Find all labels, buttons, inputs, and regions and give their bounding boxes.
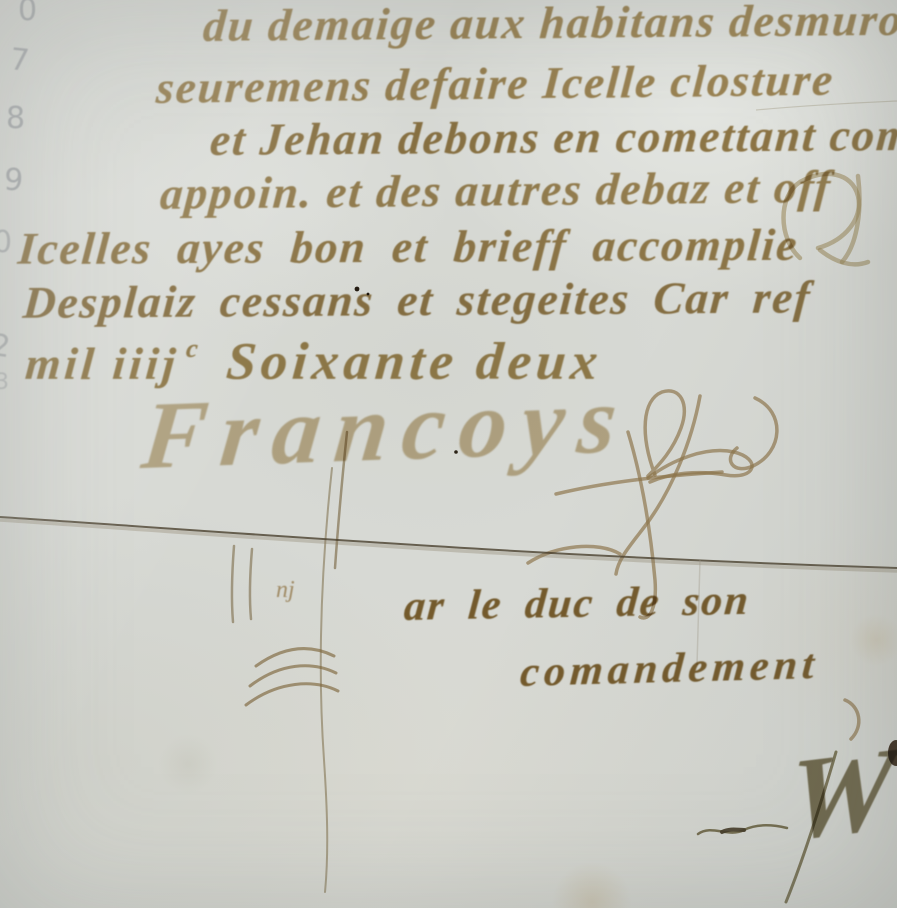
manuscript-photo: 0 7 8 9 0 2 3 du demaige aux habitans de… — [0, 0, 897, 908]
bottom-signature-fragment: W — [786, 729, 897, 859]
text-line-4: appoin. et des autres debaz et off — [159, 165, 834, 217]
royal-signature-francoys: Francoys — [138, 371, 636, 484]
countersignature-line-2: comandement — [519, 644, 821, 694]
margin-pencil-number: 2 — [0, 331, 12, 363]
text-line-5: Icelles ayes bon et brieff accomplie — [16, 223, 800, 272]
date-superscript-c: c — [185, 336, 203, 362]
margin-pencil-number: 0 — [0, 228, 12, 258]
feather-flourish — [246, 649, 338, 705]
margin-pencil-number: 0 — [18, 0, 37, 26]
countersignature-line-1: ar le duc de son — [402, 580, 751, 628]
text-line-1: du demaige aux habitans desmuron — [201, 0, 897, 49]
signature-descenders — [232, 432, 347, 892]
text-line-6: Desplaiz cessans et stegeites Car ref — [21, 276, 813, 326]
secretary-mark: nj — [276, 578, 295, 602]
margin-pencil-number: 3 — [0, 372, 9, 394]
margin-pencil-number: 8 — [6, 104, 25, 134]
margin-pencil-number: 9 — [3, 165, 24, 196]
margin-pencil-number: 7 — [8, 45, 30, 77]
text-line-3: et Jehan debons en comettant com — [208, 113, 897, 163]
text-line-2: seuremens defaire Icelle closture — [155, 58, 836, 111]
